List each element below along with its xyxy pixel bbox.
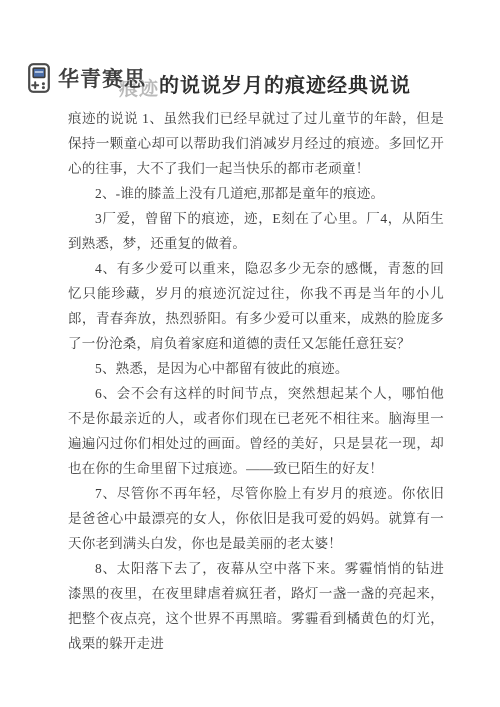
- page-title-main: 的说说岁月的痕迹经典说说: [159, 75, 411, 97]
- article-paragraph: 6、会不会有这样的时间节点，突然想起某个人，哪怕他不是你最亲近的人，或者你们现在…: [68, 381, 444, 481]
- site-logo[interactable]: 华青赛思: [28, 63, 146, 93]
- article-paragraph: 4、有多少爱可以重来，隐忍多少无奈的感慨，青葱的回忆只能珍藏，岁月的痕迹沉淀过往…: [68, 256, 444, 356]
- article-page: 华青赛思 痕迹的说说岁月的痕迹经典说说 痕迹的说说 1、虽然我们已经早就过了过儿…: [0, 0, 500, 707]
- article-paragraph: 5、熟悉，是因为心中都留有彼此的痕迹。: [68, 356, 444, 381]
- article-paragraph: 7、尽管你不再年轻，尽管你脸上有岁月的痕迹。你依旧是爸爸心中最漂亮的女人，你依旧…: [68, 481, 444, 556]
- article-paragraph: 8、太阳落下去了，夜幕从空中落下来。雾霾悄悄的钻进漆黑的夜里，在夜里肆虐着疯狂者…: [68, 556, 444, 656]
- article-paragraph: 3厂爱，曾留下的痕迹，迹，E刻在了心里。厂4，从陌生到熟悉，梦，还重复的做着。: [68, 206, 444, 256]
- article-paragraph: 痕迹的说说 1、虽然我们已经早就过了过儿童节的年龄，但是保持一颗童心却可以帮助我…: [68, 106, 444, 181]
- article-paragraph: 2、-谁的膝盖上没有几道疤,那都是童年的痕迹。: [68, 181, 444, 206]
- page-title: 痕迹的说说岁月的痕迹经典说说: [119, 69, 411, 98]
- handheld-console-icon: [28, 63, 50, 93]
- site-name: 华青赛思: [58, 63, 146, 93]
- article-body: 痕迹的说说 1、虽然我们已经早就过了过儿童节的年龄，但是保持一颗童心却可以帮助我…: [68, 106, 444, 656]
